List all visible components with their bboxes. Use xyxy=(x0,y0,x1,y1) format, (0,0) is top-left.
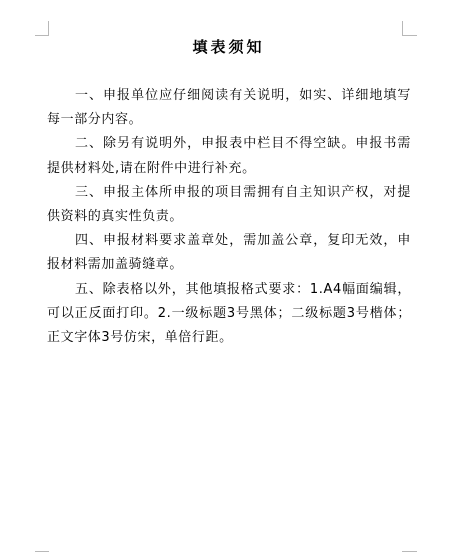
margin-corner-mark-top-left xyxy=(35,21,49,36)
document-page: 填表须知 一、申报单位应仔细阅读有关说明，如实、详细地填写每一部分内容。 二、除… xyxy=(0,0,457,553)
document-body: 一、申报单位应仔细阅读有关说明，如实、详细地填写每一部分内容。 二、除另有说明外… xyxy=(47,84,411,350)
paragraph-2: 二、除另有说明外，申报表中栏目不得空缺。申报书需提供材料处,请在附件中进行补充。 xyxy=(47,132,411,180)
margin-corner-mark-top-right xyxy=(402,21,417,36)
paragraph-1: 一、申报单位应仔细阅读有关说明，如实、详细地填写每一部分内容。 xyxy=(47,84,411,132)
document-title: 填表须知 xyxy=(0,38,457,56)
paragraph-4: 四、申报材料要求盖章处，需加盖公章，复印无效，申报材料需加盖骑缝章。 xyxy=(47,229,411,277)
paragraph-5: 五、除表格以外，其他填报格式要求：1.A4幅面编辑，可以正反面打印。2.一级标题… xyxy=(47,278,411,351)
paragraph-3: 三、申报主体所申报的项目需拥有自主知识产权，对提供资料的真实性负责。 xyxy=(47,181,411,229)
